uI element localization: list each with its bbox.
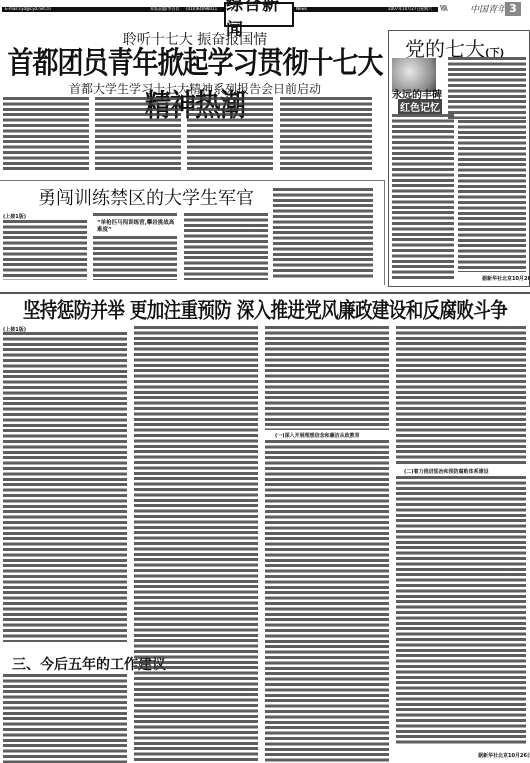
second-dateline: (上接1版) — [3, 213, 26, 220]
masthead-date: 2007年10月27日 — [388, 4, 420, 14]
second-col-2-top — [93, 213, 177, 218]
decorative-slashes-icon: \\\\\ — [440, 4, 447, 12]
masthead-weekday: 星期六 — [420, 4, 432, 14]
second-col-1 — [3, 220, 87, 280]
photo-caption-line2: 红色记忆 — [398, 99, 442, 114]
feature-col-4 — [396, 476, 526, 746]
page-number: 3 — [505, 2, 521, 16]
sidebar-col-right-top — [448, 57, 526, 119]
second-col-3 — [184, 213, 268, 280]
lead-col-4 — [280, 97, 372, 172]
sidebar-divider-v — [384, 180, 385, 285]
second-col-4 — [273, 188, 373, 280]
feature-col-3 — [265, 440, 389, 763]
second-subhead: “单枪匹马闯训练营,攀岩挑战高难度” — [97, 220, 177, 234]
second-headline: 勇闯训练禁区的大学生军官 — [38, 184, 254, 210]
lead-col-2 — [95, 97, 181, 172]
second-col-2 — [93, 236, 177, 280]
feature-col-1-bottom — [3, 674, 127, 763]
feature-headline: 坚持惩防并举 更加注重预防 深入推进党风廉政建设和反腐败斗争 — [0, 295, 530, 325]
lead-col-3 — [187, 97, 273, 172]
feature-byline: 据新华社北京10月26日电 — [478, 752, 530, 759]
feature-col-2 — [134, 326, 258, 763]
feature-col-4-top — [396, 326, 526, 466]
masthead-email: E-mail:cyd@cyd.net.cn — [5, 4, 51, 14]
feature-col-3-top — [265, 326, 389, 430]
sidebar-col-right — [458, 120, 526, 272]
sidebar-col-left — [392, 114, 454, 280]
feature-col-1 — [3, 332, 127, 642]
masthead-phone: (010)64098011 — [186, 4, 217, 14]
sidebar-byline: 据新华社北京10月26日电 — [482, 275, 530, 282]
feature-subhead-1: (一)深入开展理想信念和廉洁从政教育 — [275, 432, 360, 439]
lead-subheadline: 首都大学生学习十七大精神系列报告会日前启动 — [0, 80, 390, 97]
lead-col-1 — [3, 97, 89, 172]
section-title: 综合新闻 — [224, 2, 294, 27]
divider-second-article — [0, 180, 385, 181]
section-en: News — [296, 4, 307, 14]
feature-subhead-2: (二)着力推进惩治和预防腐败体系建设 — [404, 468, 489, 475]
masthead-editor: 本版责编/李吉岩 — [150, 4, 179, 14]
